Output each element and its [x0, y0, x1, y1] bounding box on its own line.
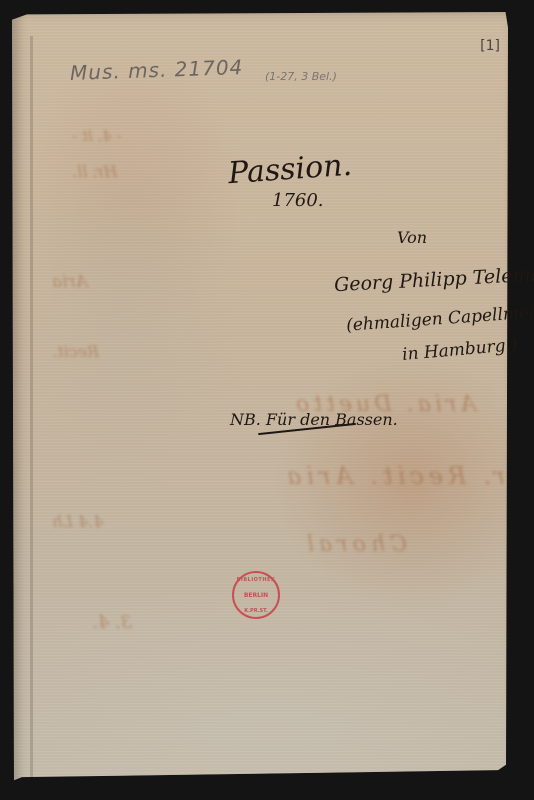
binding-edge: [30, 36, 33, 796]
by-line: Von: [397, 228, 427, 247]
library-stamp: BIBLIOTHEK BERLIN K.PR.ST.: [232, 571, 280, 619]
bleed-through-text: Hr. ll.: [72, 162, 117, 181]
bleed-through-text: Recit.: [52, 342, 99, 361]
stamp-ring-text: BIBLIOTHEK: [234, 577, 278, 583]
stamp-prefix-text: K.PR.ST.: [234, 608, 278, 614]
bleed-through-text: Choral: [302, 532, 407, 557]
work-year: 1760.: [272, 190, 324, 211]
bleed-through-text: Chor. Recit. Aria: [282, 462, 534, 490]
manuscript-page: - 4. lt - Hr. ll. Aria Recit. 4.4 Lh 3. …: [12, 12, 508, 788]
folio-number: [1]: [480, 38, 500, 54]
bleed-through-text: 4.4 Lh: [52, 512, 103, 531]
stamp-center-text: BERLIN: [244, 592, 268, 599]
performance-note: NB. Für den Bassen.: [230, 410, 398, 429]
bleed-through-text: - 4. lt -: [72, 127, 122, 145]
bleed-through-text: Aria: [52, 272, 88, 292]
bleed-through-text: 3. 4.: [92, 612, 132, 633]
shelfmark-note: (1-27, 3 Bel.): [265, 70, 337, 83]
